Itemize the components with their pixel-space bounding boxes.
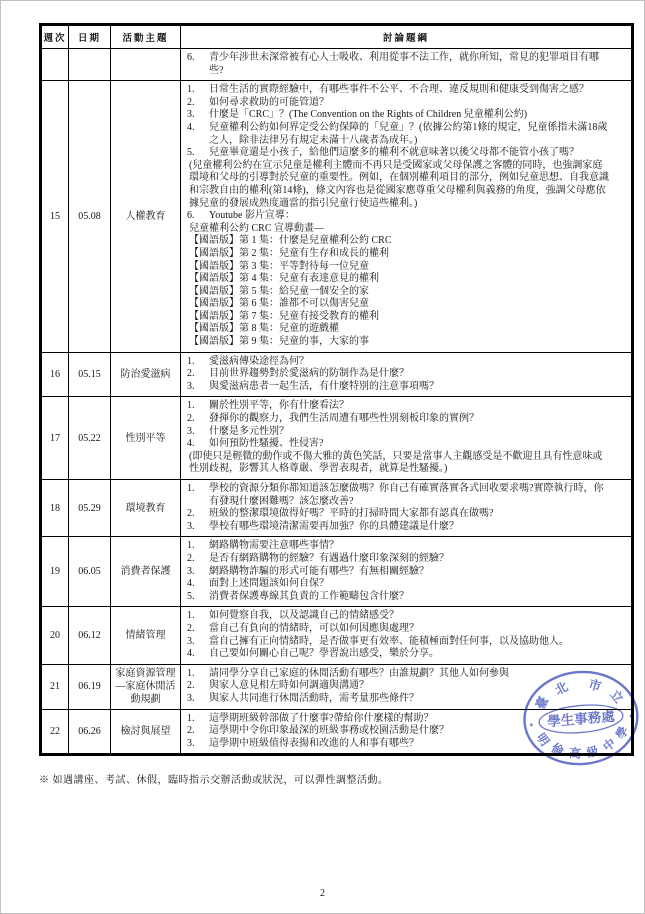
topic-text: 青少年涉世未深常被有心人士吸收、利用從事不法工作，就你所知，常見的犯罪項目有哪些… [209, 52, 611, 77]
header-row: 週次 日期 活動主題 討論題綱 [41, 25, 633, 49]
header-date: 日期 [69, 25, 111, 49]
topic-line: (兒童權利公約在宣示兒童是權利主體而不再只是受國家或父母保護之客體的同時，也強調… [189, 160, 611, 210]
topic-number: 5. [187, 591, 209, 604]
topic-item: 5.消費者保護專線其負責的工作範疇包含什麼？ [187, 591, 611, 604]
topics-cell: 1.請同學分享自己家庭的休閒活動有哪些？由誰規劃？其他人如何參與2.與家人意見相… [181, 664, 633, 709]
topic-item: 1.愛滋病傳染途徑為何？ [187, 356, 611, 369]
topic-item: 2.發揮你的觀察力，我們生活周遭有哪些性別刻板印象的實例？ [187, 413, 611, 426]
week-cell: 22 [41, 709, 69, 755]
schedule-table: 週次 日期 活動主題 討論題綱 6.青少年涉世未深常被有心人士吸收、利用從事不法… [39, 23, 634, 756]
topic-item: 2.與家人意見相左時如何調適與溝通？ [187, 680, 611, 693]
topic-number: 3. [187, 566, 209, 579]
table-row: 17 05.22 性別平等 1.關於性別平等，你有什麼看法？2.發揮你的觀察力，… [41, 397, 633, 480]
topic-number: 3. [187, 109, 209, 122]
topic-number: 1. [187, 356, 209, 369]
topic-line: 【國語版】第 9 集：兒童的事，大家的事 [189, 336, 611, 349]
header-week: 週次 [41, 25, 69, 49]
topic-number: 2. [187, 553, 209, 566]
theme-cell: 消費者保護 [111, 537, 181, 607]
week-cell: 17 [41, 397, 69, 480]
topic-text: 學校有哪些環境清潔需要再加強？你的具體建議是什麼？ [209, 521, 611, 534]
date-cell [69, 49, 111, 81]
table-row: 22 06.26 檢討與展望 1.這學期班級幹部做了什麼事?帶給你什麼樣的幫助？… [41, 709, 633, 755]
topic-number: 4. [187, 122, 209, 147]
topic-line: 【國語版】第 7 集：兒童有接受教育的權利 [189, 311, 611, 324]
date-cell: 06.19 [69, 664, 111, 709]
topic-number: 2. [187, 680, 209, 693]
topic-item: 2.目前世界趨勢對於愛滋病的防制作為是什麼？ [187, 368, 611, 381]
topic-number: 2. [187, 725, 209, 738]
topic-item: 3.與愛滋病患者一起生活，有什麼特別的注意事項嗎？ [187, 381, 611, 394]
date-cell: 06.26 [69, 709, 111, 755]
topic-text: 是否有網路購物的經驗？有遇過什麼印象深刻的經驗？ [209, 553, 611, 566]
topic-item: 3.什麼是多元性別？ [187, 426, 611, 439]
topic-text: 日常生活的實際經驗中，有哪些事件不公平、不合理、違反規則和健康受到傷害之感？ [209, 84, 611, 97]
topic-item: 1.如何覺察自我，以及認識自己的情緒感受？ [187, 610, 611, 623]
topic-text: 自己要如何關心自己呢？學習說出感受，樂於分享。 [209, 648, 611, 661]
topics-cell: 1.如何覺察自我，以及認識自己的情緒感受？2.當自己有負向的情緒時，可以如何因應… [181, 607, 633, 664]
topic-number: 4. [187, 438, 209, 451]
topic-number: 2. [187, 623, 209, 636]
week-cell: 15 [41, 81, 69, 352]
date-cell: 06.12 [69, 607, 111, 664]
topic-item: 3.學校有哪些環境清潔需要再加強？你的具體建議是什麼？ [187, 521, 611, 534]
topic-item: 2.當自己有負向的情緒時，可以如何因應與處理？ [187, 623, 611, 636]
theme-cell: 情緒管理 [111, 607, 181, 664]
theme-cell [111, 49, 181, 81]
topic-item: 1.網路購物需要注意哪些事情？ [187, 540, 611, 553]
topic-number: 3. [187, 381, 209, 394]
topic-text: 請同學分享自己家庭的休閒活動有哪些？由誰規劃？其他人如何參與 [209, 668, 611, 681]
topic-item: 1.關於性別平等，你有什麼看法？ [187, 400, 611, 413]
topic-line: 兒童權利公約 CRC 宣導動畫— [189, 223, 611, 236]
topic-number: 3. [187, 521, 209, 534]
topics-cell: 1.關於性別平等，你有什麼看法？2.發揮你的觀察力，我們生活周遭有哪些性別刻板印… [181, 397, 633, 480]
theme-cell: 防治愛滋病 [111, 352, 181, 397]
topic-item: 1.學校的資源分類你都知道該怎麼做嗎？你自己有確實落實各式回收要求嗎?實際執行時… [187, 483, 611, 508]
topics-cell: 1.日常生活的實際經驗中，有哪些事件不公平、不合理、違反規則和健康受到傷害之感？… [181, 81, 633, 352]
topic-item: 3.網路購物詐騙的形式可能有哪些？有無相關經驗？ [187, 566, 611, 579]
table-row: 19 06.05 消費者保護 1.網路購物需要注意哪些事情？2.是否有網路購物的… [41, 537, 633, 607]
topic-item: 3.與家人共同進行休閒活動時，需考量那些條件？ [187, 693, 611, 706]
topic-text: 發揮你的觀察力，我們生活周遭有哪些性別刻板印象的實例？ [209, 413, 611, 426]
theme-cell: 環境教育 [111, 480, 181, 537]
topic-item: 1.這學期班級幹部做了什麼事?帶給你什麼樣的幫助？ [187, 713, 611, 726]
topic-number: 1. [187, 668, 209, 681]
date-cell: 05.22 [69, 397, 111, 480]
topic-number: 3. [187, 426, 209, 439]
topic-text: Youtube 影片宣導： [209, 210, 611, 223]
topic-item: 6.青少年涉世未深常被有心人士吸收、利用從事不法工作，就你所知，常見的犯罪項目有… [187, 52, 611, 77]
topic-line: (即使只是輕微的動作或不傷大雅的黃色笑話，只要是當事人主觀感受是不歡迎且具有性意… [189, 451, 611, 476]
topic-item: 4.如何預防性騷擾、性侵害? [187, 438, 611, 451]
topic-number: 5. [187, 147, 209, 160]
header-theme: 活動主題 [111, 25, 181, 49]
topic-text: 什麼是「CRC」？(The Convention on the Rights o… [209, 109, 611, 122]
date-cell: 05.08 [69, 81, 111, 352]
topic-item: 2.是否有網路購物的經驗？有遇過什麼印象深刻的經驗？ [187, 553, 611, 566]
topic-number: 6. [187, 210, 209, 223]
week-cell: 18 [41, 480, 69, 537]
topic-text: 班級的整潔環境做得好嗎？平時的打掃時間大家都有認真在做嗎? [209, 508, 611, 521]
topic-number: 3. [187, 738, 209, 751]
topic-number: 2. [187, 413, 209, 426]
topic-text: 面對上述問題該如何自保？ [209, 578, 611, 591]
topics-cell: 6.青少年涉世未深常被有心人士吸收、利用從事不法工作，就你所知，常見的犯罪項目有… [181, 49, 633, 81]
topic-item: 2.這學期中令你印象最深的班級事務或校園活動是什麼？ [187, 725, 611, 738]
table-row: 6.青少年涉世未深常被有心人士吸收、利用從事不法工作，就你所知，常見的犯罪項目有… [41, 49, 633, 81]
topic-text: 愛滋病傳染途徑為何？ [209, 356, 611, 369]
topic-text: 與家人共同進行休閒活動時，需考量那些條件？ [209, 693, 611, 706]
theme-cell: 檢討與展望 [111, 709, 181, 755]
topic-number: 6. [187, 52, 209, 77]
topic-number: 1. [187, 400, 209, 413]
table-row: 16 05.15 防治愛滋病 1.愛滋病傳染途徑為何？2.目前世界趨勢對於愛滋病… [41, 352, 633, 397]
topic-text: 目前世界趨勢對於愛滋病的防制作為是什麼？ [209, 368, 611, 381]
topic-number: 1. [187, 84, 209, 97]
topic-item: 4.自己要如何關心自己呢？學習說出感受，樂於分享。 [187, 648, 611, 661]
topic-line: 【國語版】第 4 集：兒童有表達意見的權利 [189, 273, 611, 286]
week-cell [41, 49, 69, 81]
topic-item: 2.班級的整潔環境做得好嗎？平時的打掃時間大家都有認真在做嗎? [187, 508, 611, 521]
week-cell: 16 [41, 352, 69, 397]
topics-cell: 1.愛滋病傳染途徑為何？2.目前世界趨勢對於愛滋病的防制作為是什麼？3.與愛滋病… [181, 352, 633, 397]
week-cell: 19 [41, 537, 69, 607]
topic-text: 什麼是多元性別？ [209, 426, 611, 439]
theme-cell: 家庭資源管理—家庭休閒活動規劃 [111, 664, 181, 709]
header-topics: 討論題綱 [181, 25, 633, 49]
topic-item: 1.請同學分享自己家庭的休閒活動有哪些？由誰規劃？其他人如何參與 [187, 668, 611, 681]
date-cell: 06.05 [69, 537, 111, 607]
topic-text: 如何覺察自我，以及認識自己的情緒感受？ [209, 610, 611, 623]
topic-item: 3.這學期中班級值得表揚和改進的人和事有哪些？ [187, 738, 611, 751]
page-number: 2 [1, 888, 644, 899]
topic-item: 2.如何尋求救助的可能管道？ [187, 97, 611, 110]
topic-text: 如何尋求救助的可能管道？ [209, 97, 611, 110]
topic-text: 網路購物詐騙的形式可能有哪些？有無相關經驗？ [209, 566, 611, 579]
week-cell: 21 [41, 664, 69, 709]
topic-number: 2. [187, 97, 209, 110]
topic-number: 4. [187, 648, 209, 661]
document-page: 週次 日期 活動主題 討論題綱 6.青少年涉世未深常被有心人士吸收、利用從事不法… [0, 0, 645, 914]
topic-item: 5.兒童畢竟還是小孩子，給他們這麼多的權利不就意味著以後父母都不能管小孩了嗎？ [187, 147, 611, 160]
topic-line: 【國語版】第 6 集：誰都不可以傷害兒童 [189, 298, 611, 311]
topic-line: 【國語版】第 8 集：兒童的遊戲權 [189, 323, 611, 336]
topic-text: 如何預防性騷擾、性侵害? [209, 438, 611, 451]
topic-item: 4.面對上述問題該如何自保？ [187, 578, 611, 591]
topic-line: 【國語版】第 3 集：平等對待每一位兒童 [189, 261, 611, 274]
topic-text: 消費者保護專線其負責的工作範疇包含什麼？ [209, 591, 611, 604]
table-row: 20 06.12 情緒管理 1.如何覺察自我，以及認識自己的情緒感受？2.當自己… [41, 607, 633, 664]
theme-cell: 人權教育 [111, 81, 181, 352]
topic-text: 當自己擁有正向情緒時，是否做事更有效率、能積極面對任何事，以及協助他人。 [209, 636, 611, 649]
topic-item: 3.當自己擁有正向情緒時，是否做事更有效率、能積極面對任何事，以及協助他人。 [187, 636, 611, 649]
topics-cell: 1.網路購物需要注意哪些事情？2.是否有網路購物的經驗？有遇過什麼印象深刻的經驗… [181, 537, 633, 607]
topic-number: 3. [187, 693, 209, 706]
topic-number: 1. [187, 483, 209, 508]
topic-number: 2. [187, 508, 209, 521]
topic-text: 兒童權利公約如何界定受公約保障的「兒童」？(依據公約第1條的規定，兒童係指未滿1… [209, 122, 611, 147]
topic-line: 【國語版】第 1 集：什麼是兒童權利公約 CRC [189, 235, 611, 248]
topic-item: 4.兒童權利公約如何界定受公約保障的「兒童」？(依據公約第1條的規定，兒童係指未… [187, 122, 611, 147]
date-cell: 05.15 [69, 352, 111, 397]
theme-cell: 性別平等 [111, 397, 181, 480]
table-row: 18 05.29 環境教育 1.學校的資源分類你都知道該怎麼做嗎？你自己有確實落… [41, 480, 633, 537]
topic-line: 【國語版】第 5 集：給兒童一個安全的家 [189, 286, 611, 299]
topic-item: 3.什麼是「CRC」？(The Convention on the Rights… [187, 109, 611, 122]
topic-text: 網路購物需要注意哪些事情？ [209, 540, 611, 553]
topic-number: 3. [187, 636, 209, 649]
topic-number: 2. [187, 368, 209, 381]
table-row: 15 05.08 人權教育 1.日常生活的實際經驗中，有哪些事件不公平、不合理、… [41, 81, 633, 352]
topic-text: 兒童畢竟還是小孩子，給他們這麼多的權利不就意味著以後父母都不能管小孩了嗎？ [209, 147, 611, 160]
topic-item: 1.日常生活的實際經驗中，有哪些事件不公平、不合理、違反規則和健康受到傷害之感？ [187, 84, 611, 97]
week-cell: 20 [41, 607, 69, 664]
topic-text: 與愛滋病患者一起生活，有什麼特別的注意事項嗎？ [209, 381, 611, 394]
topic-number: 1. [187, 610, 209, 623]
topic-number: 4. [187, 578, 209, 591]
topic-text: 學校的資源分類你都知道該怎麼做嗎？你自己有確實落實各式回收要求嗎?實際執行時，你… [209, 483, 611, 508]
date-cell: 05.29 [69, 480, 111, 537]
topic-number: 1. [187, 713, 209, 726]
topic-line: 【國語版】第 2 集：兒童有生存和成長的權利 [189, 248, 611, 261]
schedule-body: 6.青少年涉世未深常被有心人士吸收、利用從事不法工作，就你所知，常見的犯罪項目有… [41, 49, 633, 755]
topic-text: 這學期中班級值得表揚和改進的人和事有哪些？ [209, 738, 611, 751]
topic-text: 當自己有負向的情緒時，可以如何因應與處理？ [209, 623, 611, 636]
topic-text: 關於性別平等，你有什麼看法？ [209, 400, 611, 413]
topics-cell: 1.這學期班級幹部做了什麼事?帶給你什麼樣的幫助？2.這學期中令你印象最深的班級… [181, 709, 633, 755]
table-row: 21 06.19 家庭資源管理—家庭休閒活動規劃 1.請同學分享自己家庭的休閒活… [41, 664, 633, 709]
topic-text: 與家人意見相左時如何調適與溝通？ [209, 680, 611, 693]
topic-item: 6.Youtube 影片宣導： [187, 210, 611, 223]
topic-number: 1. [187, 540, 209, 553]
topics-cell: 1.學校的資源分類你都知道該怎麼做嗎？你自己有確實落實各式回收要求嗎?實際執行時… [181, 480, 633, 537]
topic-text: 這學期班級幹部做了什麼事?帶給你什麼樣的幫助？ [209, 713, 611, 726]
flexibility-footnote: ※ 如遇講座、考試、休假，臨時指示交辦活動或狀況，可以彈性調整活動。 [39, 771, 389, 786]
topic-text: 這學期中令你印象最深的班級事務或校園活動是什麼？ [209, 725, 611, 738]
